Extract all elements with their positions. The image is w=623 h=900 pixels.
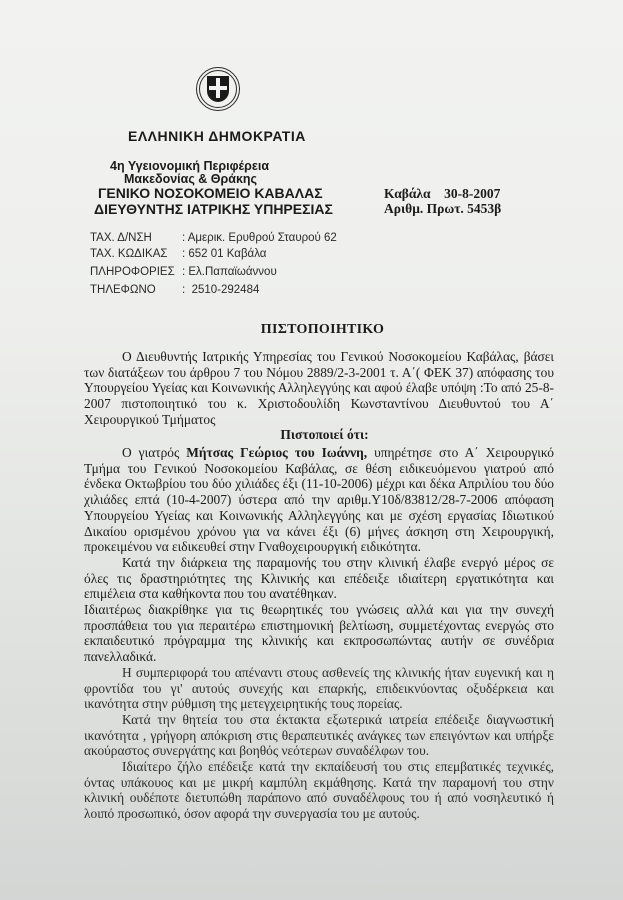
city-date: Καβάλα 30-8-2007 — [384, 186, 500, 202]
health-region-line1: 4η Υγειονομική Περιφέρεια — [110, 159, 269, 173]
contact-value: : 652 01 Καβάλα — [182, 246, 266, 262]
certificate-body: Ο γιατρός Μήτσας Γεώριος του Ιωάννη, υπη… — [84, 445, 554, 822]
contact-row-phone: ΤΗΛΕΦΩΝΟ: 2510-292484 — [90, 282, 337, 298]
behavior-paragraph: Η συμπεριφορά του απέναντι στους ασθενεί… — [84, 665, 554, 712]
contact-value: : Αμερικ. Ερυθρού Σταυρού 62 — [182, 230, 337, 246]
contact-value: : Ελ.Παπαϊωάννου — [182, 264, 277, 280]
document-title: ΠΙΣΤΟΠΟΙΗΤΙΚΟ — [0, 322, 623, 338]
activity-paragraph: Κατά την διάρκεια της παραμονής του στην… — [84, 555, 554, 602]
cross-shield-icon — [207, 76, 229, 102]
greek-coat-of-arms-icon — [196, 67, 240, 111]
intro-paragraph: Ο Διευθυντής Ιατρικής Υπηρεσίας του Γενι… — [84, 349, 554, 428]
service-text: υπηρέτησε στο Α΄ Χειρουργικό Τμήμα του Γ… — [84, 445, 554, 554]
contact-value: : 2510-292484 — [182, 282, 259, 298]
certifies-heading: Πιστοποιεί ότι: — [0, 427, 623, 443]
doctor-name: Μήτσας Γεώριος του Ιωάννη, — [186, 445, 367, 460]
contact-label: ΠΛΗΡΟΦΟΡΙΕΣ — [90, 264, 182, 280]
hospital-name: ΓΕΝΙΚΟ ΝΟΣΟΚΟΜΕΙΟ ΚΑΒΑΛΑΣ — [98, 185, 323, 201]
contact-label: ΤΑΧ. ΚΩΔΙΚΑΣ — [90, 246, 182, 262]
directorate-name: ΔΙΕΥΘΥΝΤΗΣ ΙΑΤΡΙΚΗΣ ΥΠΗΡΕΣΙΑΣ — [94, 201, 333, 217]
contact-label: ΤΗΛΕΦΩΝΟ — [90, 282, 182, 298]
health-region-line2: Μακεδονίας & Θράκης — [124, 172, 257, 186]
contact-label: ΤΑΧ. Δ/ΝΣΗ — [90, 230, 182, 246]
contact-row-info: ΠΛΗΡΟΦΟΡΙΕΣ: Ελ.Παπαϊωάννου — [90, 264, 337, 280]
contact-row-address: ΤΑΧ. Δ/ΝΣΗ: Αμερικ. Ερυθρού Σταυρού 62 — [90, 230, 337, 246]
service-paragraph: Ο γιατρός Μήτσας Γεώριος του Ιωάννη, υπη… — [84, 445, 554, 555]
training-paragraph: Ιδιαίτερο ζήλο επέδειξε κατά την εκπαίδε… — [84, 759, 554, 822]
republic-heading: ΕΛΛΗΝΙΚΗ ΔΗΜΟΚΡΑΤΙΑ — [128, 128, 306, 144]
service-prefix: Ο γιατρός — [122, 445, 186, 460]
contact-block: ΤΑΧ. Δ/ΝΣΗ: Αμερικ. Ερυθρού Σταυρού 62 Τ… — [90, 230, 337, 298]
outpatient-paragraph: Κατά την θητεία του στα έκτακτα εξωτερικ… — [84, 712, 554, 759]
intro-text: Ο Διευθυντής Ιατρικής Υπηρεσίας του Γενι… — [84, 349, 554, 428]
contact-row-postcode: ΤΑΧ. ΚΩΔΙΚΑΣ: 652 01 Καβάλα — [90, 246, 337, 262]
protocol-number: Αριθμ. Πρωτ. 5453β — [384, 201, 501, 217]
knowledge-paragraph: Ιδιαιτέρως διακρίθηκε για τις θεωρητικές… — [84, 602, 554, 665]
